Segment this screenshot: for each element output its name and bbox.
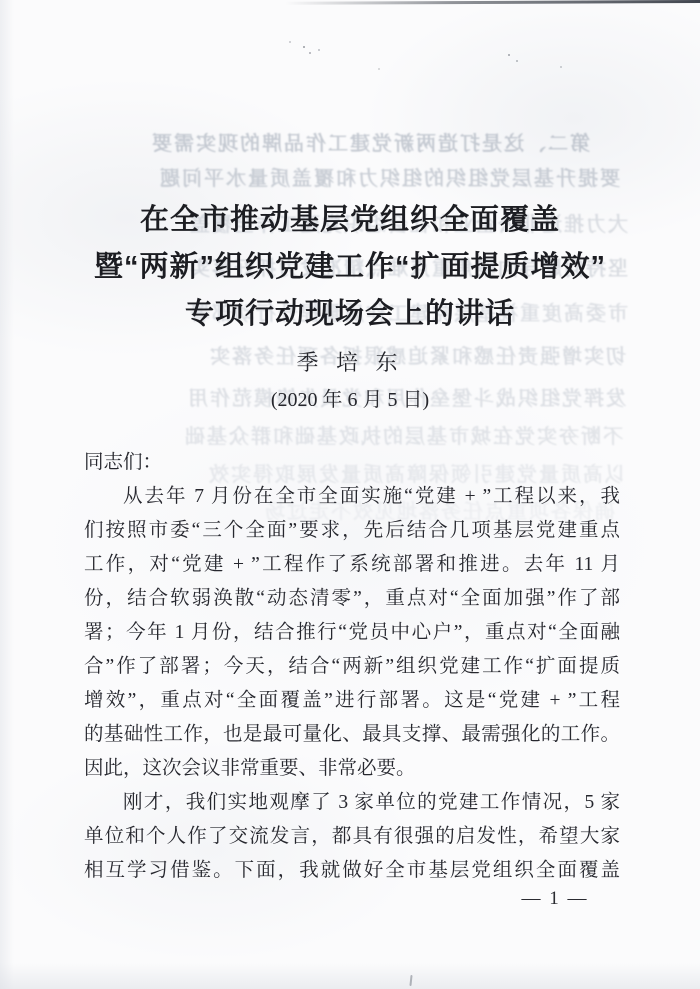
author-name: 季 培 东 [0, 346, 700, 377]
body-line: 刚才，我们实地观摩了 3 家单位的党建工作情况，5 家 [84, 786, 620, 820]
document-body: 同志们： 从去年 7 月份在全市全面实施“党建 + ”工程以来，我 们按照市委“… [84, 446, 620, 888]
bleedthrough-text: 第二、这是打造两新党建工作品牌的现实需要 [95, 127, 590, 156]
scan-top-edge-line [285, 0, 700, 5]
page-number: — 1 — [475, 888, 635, 910]
speech-date: (2020 年 6 月 5 日) [0, 383, 700, 412]
bleedthrough-text: 不断夯实党在城市基层的执政基础和群众基础 [78, 420, 623, 449]
scanned-document-page: 第二、这是打造两新党建工作品牌的现实需要 要提升基层党组织的组织力和覆盖质量水平… [0, 0, 700, 989]
bleedthrough-text: 要提升基层党组织的组织力和覆盖质量水平问题 [72, 162, 620, 191]
scan-footer-mark [409, 975, 412, 986]
body-line: 工作，对“党建 + ”工程作了系统部署和推进。去年 11 月 [84, 548, 620, 582]
body-line: 相互学习借鉴。下面，我就做好全市基层党组织全面覆盖 [84, 854, 620, 888]
salutation: 同志们： [84, 446, 620, 480]
body-line: 因此，这次会议非常重要、非常必要。 [84, 752, 620, 786]
scan-speckles [0, 0, 2, 2]
document-title-line-1: 在全市推动基层党组织全面覆盖 [0, 197, 700, 244]
document-title: 在全市推动基层党组织全面覆盖 暨“两新”组织党建工作“扩面提质增效” 专项行动现… [0, 197, 700, 338]
body-line: 合”作了部署；今天，结合“两新”组织党建工作“扩面提质 [84, 650, 620, 684]
body-line: 署；今年 1 月份，结合推行“党员中心户”，重点对“全面融 [84, 616, 620, 650]
body-line: 单位和个人作了交流发言，都具有很强的启发性，希望大家 [84, 820, 620, 854]
document-title-line-2: 暨“两新”组织党建工作“扩面提质增效” [0, 244, 700, 291]
body-line: 的基础性工作，也是最可量化、最具支撑、最需强化的工作。 [84, 718, 620, 752]
document-title-line-3: 专项行动现场会上的讲话 [0, 291, 700, 338]
body-line: 增效”，重点对“全面覆盖”进行部署。这是“党建 + ”工程 [84, 684, 620, 718]
body-line: 份，结合软弱涣散“动态清零”，重点对“全面加强”作了部 [84, 582, 620, 616]
body-line: 们按照市委“三个全面”要求，先后结合几项基层党建重点 [84, 514, 620, 548]
body-line: 从去年 7 月份在全市全面实施“党建 + ”工程以来，我 [84, 480, 620, 514]
